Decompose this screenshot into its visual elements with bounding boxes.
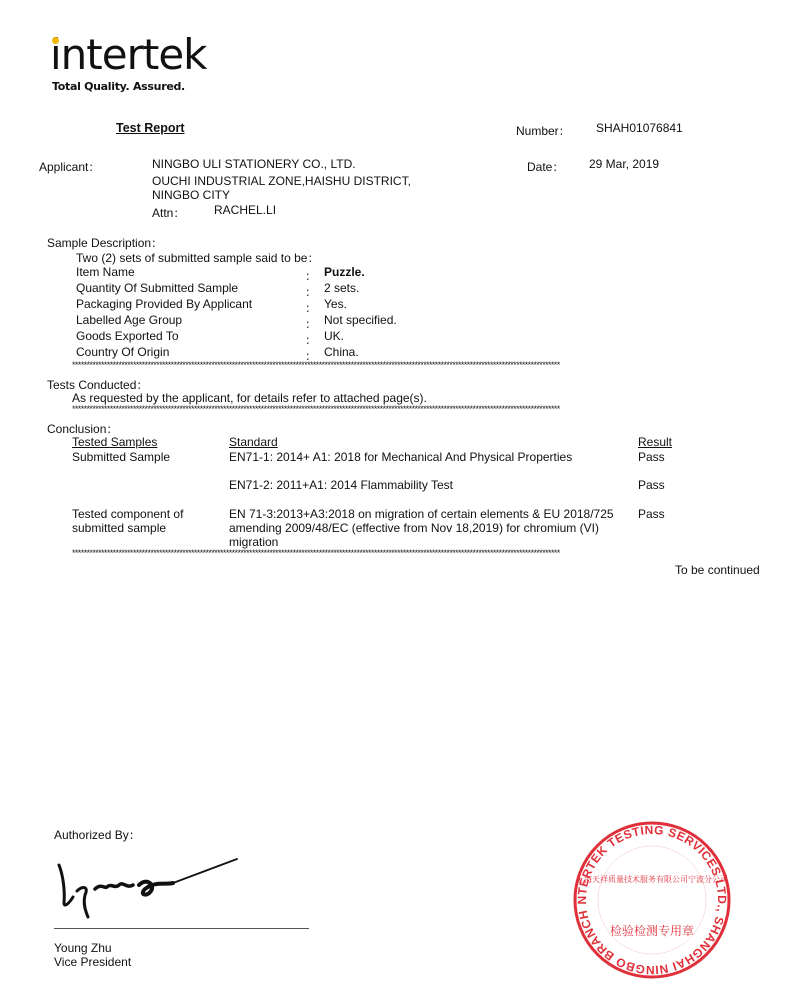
report-date: 29 Mar, 2019: [589, 157, 659, 171]
result-value: Pass: [638, 450, 665, 464]
attn-value: RACHEL.LI: [214, 203, 276, 217]
applicant-line: NINGBO ULI STATIONERY CO., LTD.: [152, 157, 356, 171]
sample-field-label: Country Of Origin: [76, 345, 169, 359]
standard-text: EN 71-3:2013+A3:2018 on migration of cer…: [229, 507, 614, 521]
standard-text: migration: [229, 535, 278, 549]
report-number: SHAH01076841: [596, 121, 683, 135]
logo-dot: [52, 37, 59, 44]
header-result: Result: [638, 435, 672, 449]
logo-tagline: Total Quality. Assured.: [52, 80, 185, 93]
sample-field-value: Yes.: [324, 297, 347, 311]
svg-text:上海天祥质量技术服务有限公司宁波分公司: 上海天祥质量技术服务有限公司宁波分公司: [576, 874, 728, 884]
stars-divider: ****************************************…: [72, 549, 764, 558]
number-label: Number：: [516, 122, 571, 139]
applicant-line: NINGBO CITY: [152, 188, 230, 202]
company-stamp-icon: INTERTEK TESTING SERVICES LTD., SHANGHAI…: [572, 820, 732, 980]
stars-divider: ****************************************…: [72, 361, 764, 370]
header-standard: Standard: [229, 435, 278, 449]
tested-sample: Submitted Sample: [72, 450, 170, 464]
sample-field-separator: ：: [305, 283, 317, 300]
date-label: Date：: [527, 158, 564, 175]
tested-sample: Tested component of: [72, 507, 183, 521]
standard-text: EN71-2: 2011+A1: 2014 Flammability Test: [229, 478, 453, 492]
sample-field-value: Not specified.: [324, 313, 397, 327]
sample-intro: Two (2) sets of submitted sample said to…: [76, 249, 319, 266]
sample-field-value: Puzzle.: [324, 265, 365, 279]
sample-field-separator: ：: [305, 315, 317, 332]
sample-field-separator: ：: [305, 299, 317, 316]
to-be-continued: To be continued: [675, 563, 760, 577]
sample-field-label: Packaging Provided By Applicant: [76, 297, 252, 311]
sample-field-label: Goods Exported To: [76, 329, 179, 343]
signer-title: Vice President: [54, 955, 131, 969]
intertek-logo: intertek: [50, 34, 207, 76]
header-tested-samples: Tested Samples: [72, 435, 157, 449]
applicant-label: Applicant：: [39, 158, 100, 175]
applicant-line: OUCHI INDUSTRIAL ZONE,HAISHU DISTRICT,: [152, 174, 411, 188]
sample-field-label: Item Name: [76, 265, 135, 279]
sample-field-label: Labelled Age Group: [76, 313, 182, 327]
report-title: Test Report: [116, 121, 185, 135]
result-value: Pass: [638, 478, 665, 492]
authorized-by-label: Authorized By：: [54, 826, 141, 843]
tested-sample: submitted sample: [72, 521, 166, 535]
standard-text: EN71-1: 2014+ A1: 2018 for Mechanical An…: [229, 450, 572, 464]
tests-conducted-text: As requested by the applicant, for detai…: [72, 391, 427, 405]
sample-field-separator: ：: [305, 331, 317, 348]
sample-field-value: China.: [324, 345, 359, 359]
sample-field-label: Quantity Of Submitted Sample: [76, 281, 238, 295]
logo-text: intertek: [50, 30, 207, 79]
signature-line: [54, 928, 309, 929]
stars-divider: ****************************************…: [72, 405, 764, 414]
signature-icon: [55, 855, 240, 925]
result-value: Pass: [638, 507, 665, 521]
svg-text:检验检测专用章: 检验检测专用章: [610, 923, 694, 938]
sample-field-value: UK.: [324, 329, 344, 343]
standard-text: amending 2009/48/EC (effective from Nov …: [229, 521, 599, 535]
sample-field-separator: ：: [305, 267, 317, 284]
signer-name: Young Zhu: [54, 941, 112, 955]
sample-field-value: 2 sets.: [324, 281, 359, 295]
attn-label: Attn：: [152, 204, 185, 221]
